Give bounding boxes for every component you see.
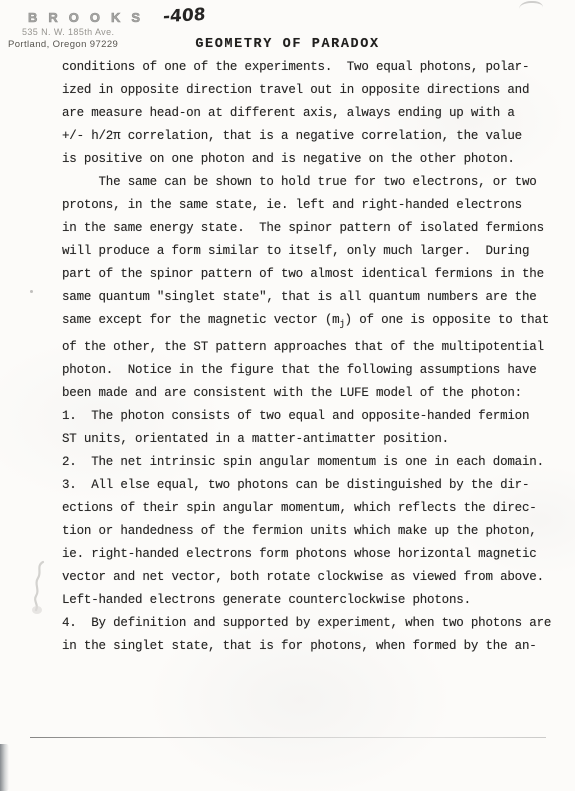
body-line: 4. By definition and supported by experi… — [62, 612, 562, 635]
body-line: in the singlet state, that is for photon… — [62, 635, 562, 658]
body-line: tion or handedness of the fermion units … — [62, 520, 562, 543]
stamp-name: BROOKS — [28, 10, 151, 25]
page-title: GEOMETRY OF PARADOX — [0, 37, 575, 52]
body-line: vector and net vector, both rotate clock… — [62, 566, 562, 589]
body-line: ST units, orientated in a matter-antimat… — [62, 428, 562, 451]
body-line: ized in opposite direction travel out in… — [62, 79, 562, 102]
body-line: protons, in the same state, ie. left and… — [62, 194, 562, 217]
stamp-address-line1: 535 N. W. 185th Ave. — [22, 27, 205, 37]
body-line: 3. All else equal, two photons can be di… — [62, 474, 562, 497]
handwritten-page-number: -408 — [162, 5, 206, 27]
body-line: 1. The photon consists of two equal and … — [62, 405, 562, 428]
subscript-text: j — [339, 319, 344, 329]
body-line: photon. Notice in the figure that the fo… — [62, 359, 562, 382]
pencil-smudge-artifact — [27, 560, 53, 616]
body-line: conditions of one of the experiments. Tw… — [62, 56, 562, 79]
body-line: same quantum "singlet state", that is al… — [62, 286, 562, 309]
body-text: conditions of one of the experiments. Tw… — [62, 56, 562, 658]
body-line: The same can be shown to hold true for t… — [62, 171, 562, 194]
top-edge-smudge-artifact — [519, 1, 543, 9]
speck-artifact — [30, 290, 33, 293]
stamp-name-row: BROOKS -408 — [8, 7, 205, 27]
crease-line-artifact — [30, 737, 546, 738]
body-line: are measure head-on at different axis, a… — [62, 102, 562, 125]
body-line: same except for the magnetic vector (mj)… — [62, 309, 562, 336]
body-line: been made and are consistent with the LU… — [62, 382, 562, 405]
body-line: Left-handed electrons generate countercl… — [62, 589, 562, 612]
bottom-left-scan-shadow — [0, 744, 9, 791]
body-line: ections of their spin angular momentum, … — [62, 497, 562, 520]
scanned-page: BROOKS -408 535 N. W. 185th Ave. Portlan… — [0, 0, 575, 791]
body-line: will produce a form similar to itself, o… — [62, 240, 562, 263]
body-line: +/- h/2π correlation, that is a negative… — [62, 125, 562, 148]
body-line: ie. right-handed electrons form photons … — [62, 543, 562, 566]
body-line: part of the spinor pattern of two almost… — [62, 263, 562, 286]
body-line: 2. The net intrinsic spin angular moment… — [62, 451, 562, 474]
body-line: is positive on one photon and is negativ… — [62, 148, 562, 171]
body-line: in the same energy state. The spinor pat… — [62, 217, 562, 240]
body-line: of the other, the ST pattern approaches … — [62, 336, 562, 359]
